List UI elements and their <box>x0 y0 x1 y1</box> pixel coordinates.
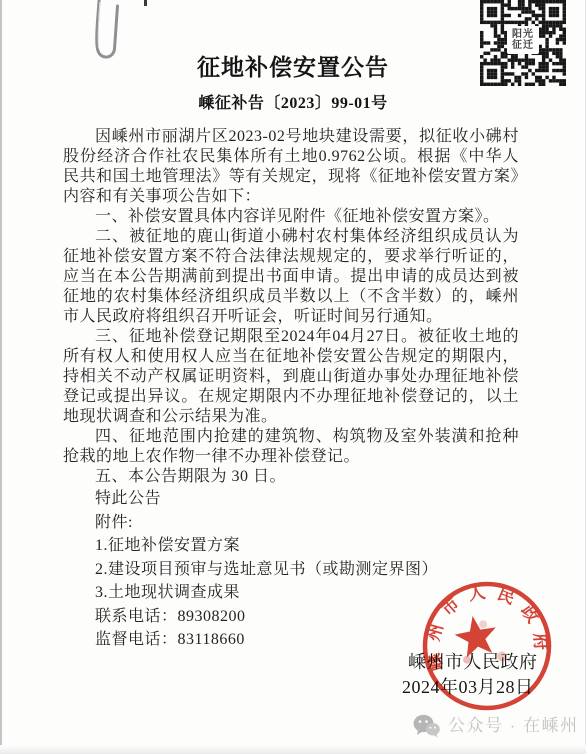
qr-label-line1: 阳光 <box>512 29 534 40</box>
paragraph: 四、征地范围内抢建的建筑物、构筑物及室外装潢和抢种抢栽的地上农作物一律不办理补偿… <box>63 427 519 467</box>
paragraph: 五、本公告期限为 30 日。 <box>63 467 519 487</box>
page-title: 征地补偿安置公告 <box>0 52 586 82</box>
attachments-label: 附件: <box>63 511 519 535</box>
signature-block: 嵊州市人民政府 2024年03月28日 <box>402 650 552 700</box>
scan-artifact <box>144 0 147 6</box>
paragraph: 二、被征地的鹿山街道小砩村农村集体经济组织成员认为征地补偿安置方案不符合法律法规… <box>63 227 519 327</box>
supervision-phone: 监督电话：83118660 <box>63 628 519 652</box>
closing-block: 特此公告 附件: 1.征地补偿安置方案 2.建设项目预审与选址意见书（或勘测定界… <box>63 487 519 652</box>
paragraph: 一、补偿安置具体内容详见附件《征地补偿安置方案》。 <box>63 207 519 227</box>
watermark-text: 公众号 · 在嵊州 <box>448 714 579 738</box>
page-bottom-edge <box>0 745 586 754</box>
issuer-name: 嵊州市人民政府 <box>402 650 552 675</box>
announcement-page: 阳光 征迁 征地补偿安置公告 嵊征补告〔2023〕99-01号 因嵊州市丽湖片区… <box>0 0 586 754</box>
qr-label-line2: 征迁 <box>512 40 534 51</box>
issue-date: 2024年03月28日 <box>402 675 552 700</box>
qr-center-label: 阳光 征迁 <box>507 26 539 54</box>
attachment-item: 2.建设项目预审与选址意见书（或勘测定界图） <box>63 558 519 582</box>
watermark: 公众号 · 在嵊州 <box>413 714 579 738</box>
wechat-icon <box>413 714 440 738</box>
paragraph: 三、征地补偿登记期限至2024年04月27日。被征收土地的所有权人和使用权人应当… <box>63 327 519 427</box>
attachment-item: 3.土地现状调查成果 <box>63 581 519 605</box>
closing-line: 特此公告 <box>63 487 519 511</box>
announcement-body: 因嵊州市丽湖片区2023-02号地块建设需要，拟征收小砩村股份经济合作社农民集体… <box>63 127 519 652</box>
doc-number: 嵊征补告〔2023〕99-01号 <box>0 94 586 114</box>
paragraph: 因嵊州市丽湖片区2023-02号地块建设需要，拟征收小砩村股份经济合作社农民集体… <box>63 127 519 207</box>
contact-phone: 联系电话：89308200 <box>63 605 519 629</box>
attachment-item: 1.征地补偿安置方案 <box>63 534 519 558</box>
